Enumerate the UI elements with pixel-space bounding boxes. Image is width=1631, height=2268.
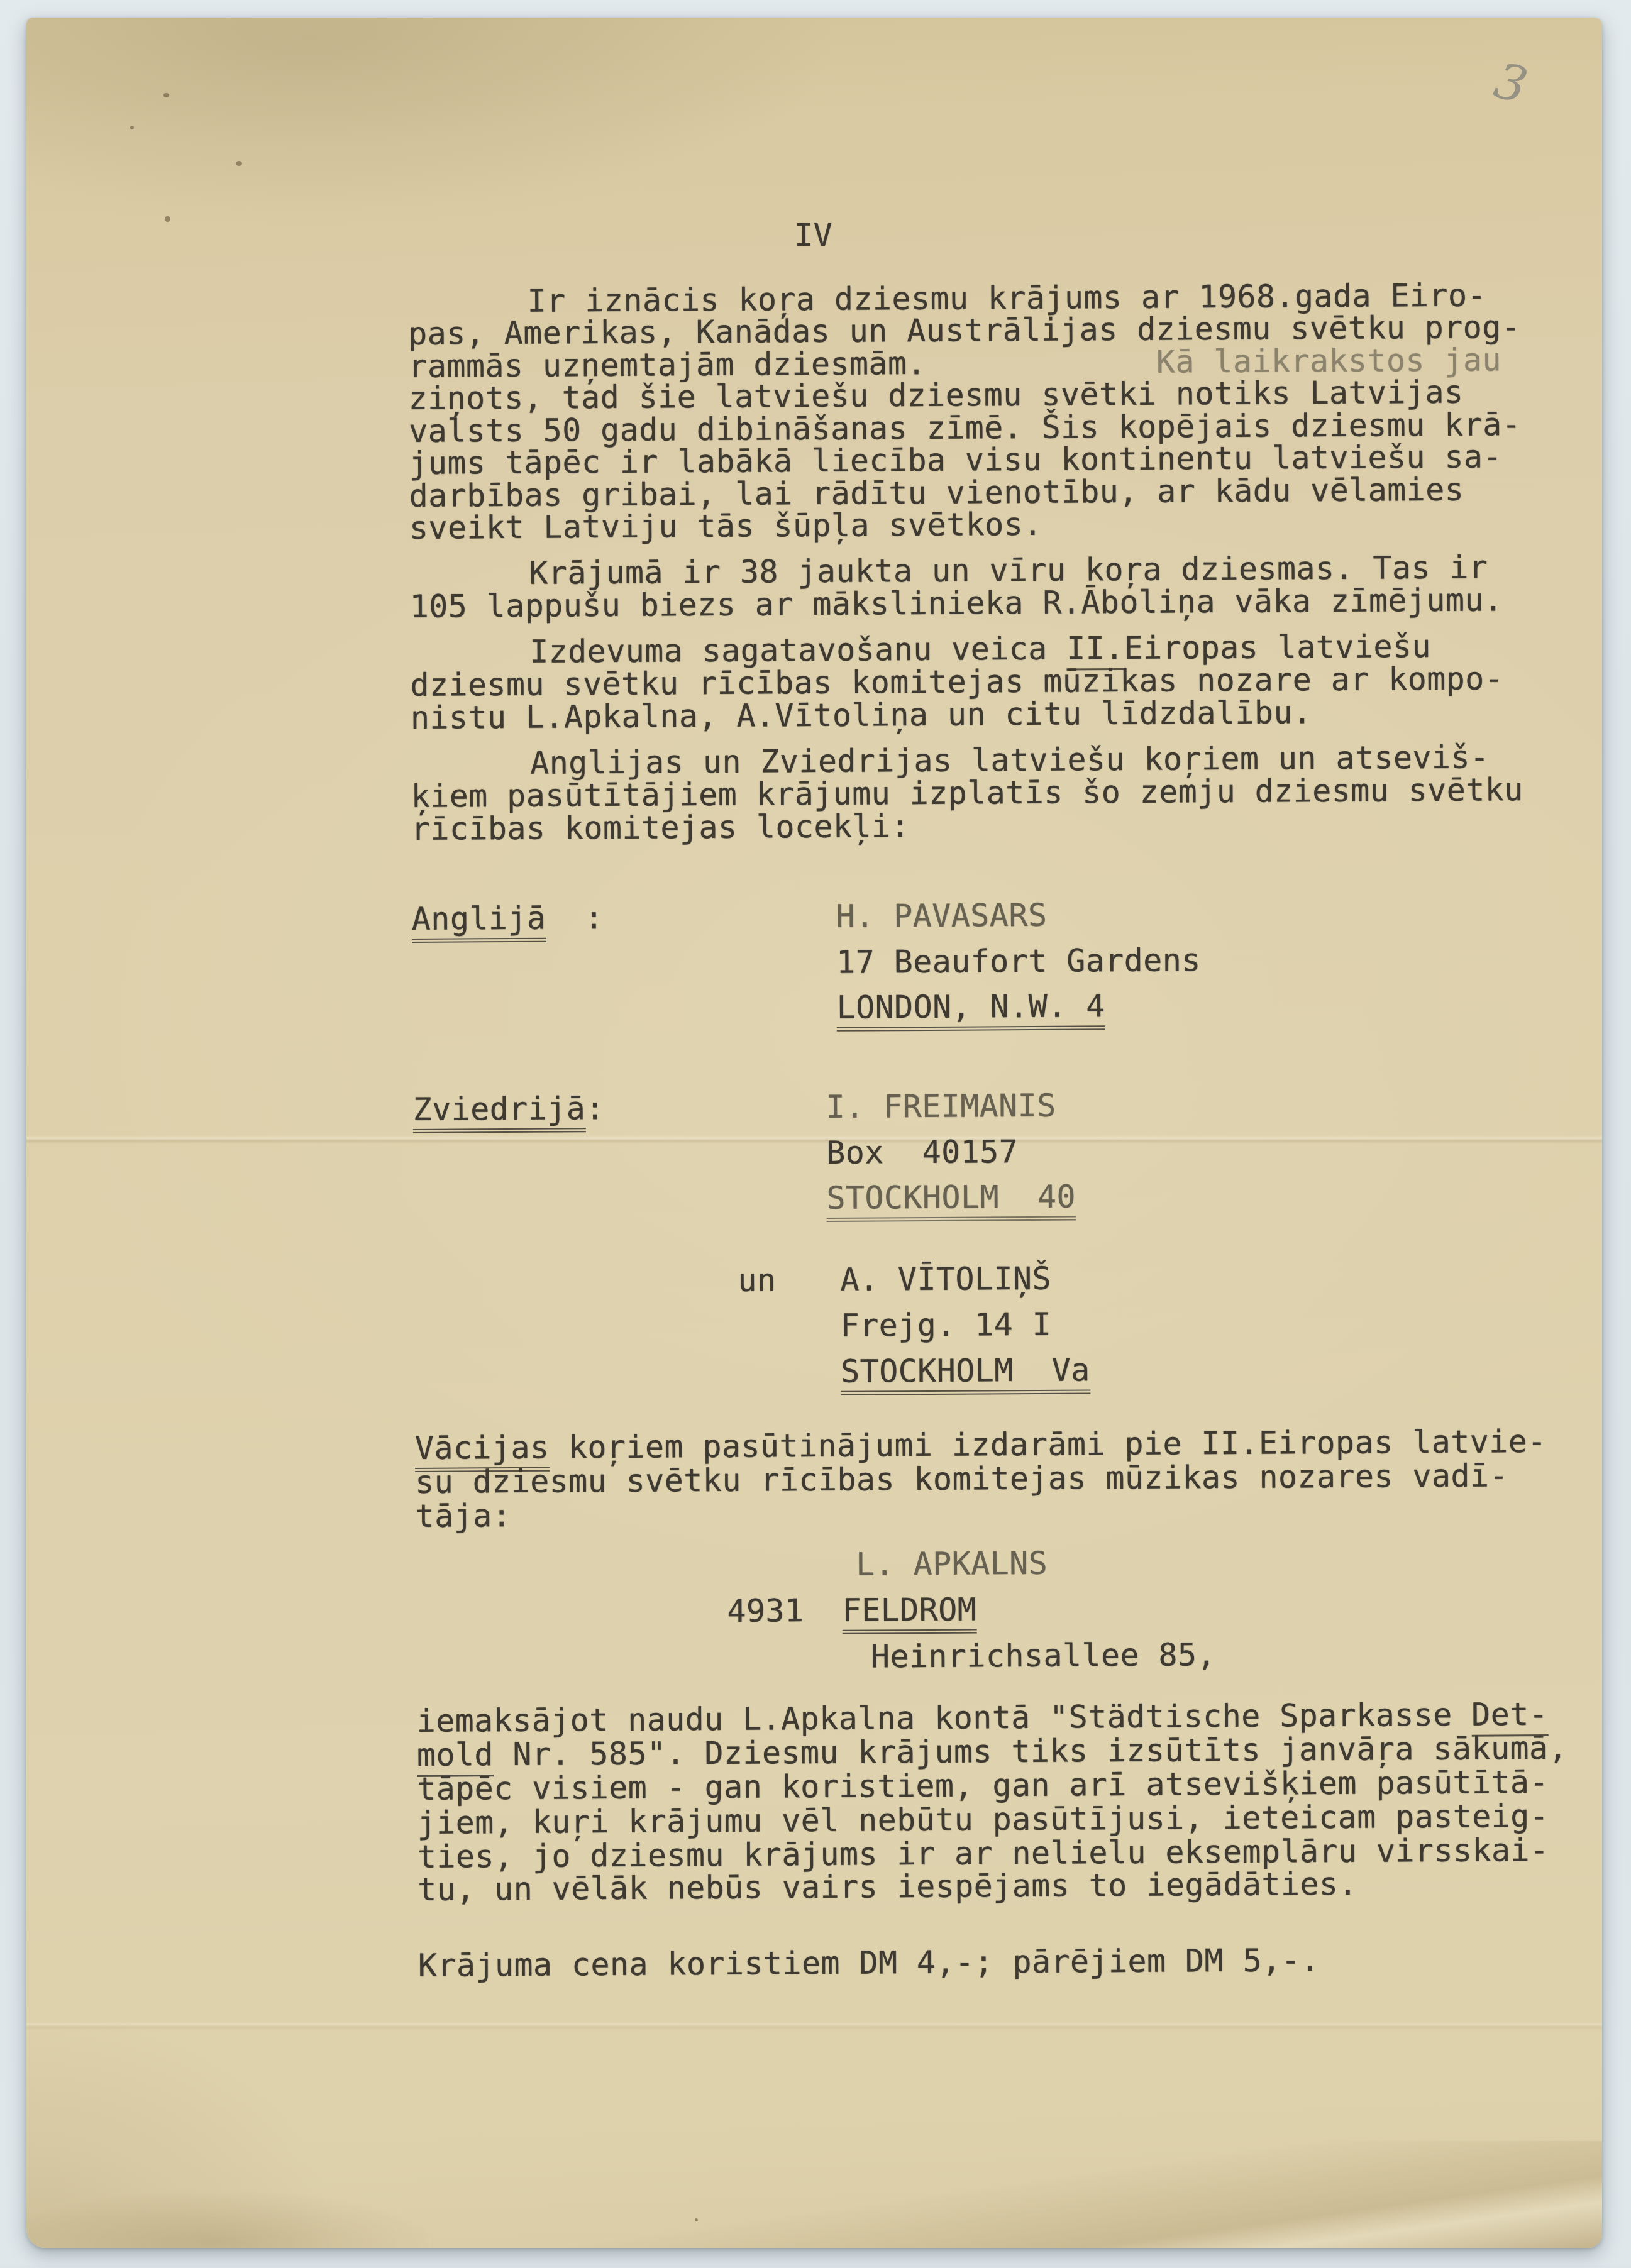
spacer [804, 1592, 842, 1629]
typed-line: tu, un vēlāk nebūs vairs iespējams to ie… [417, 1868, 1357, 1906]
address-city: LONDON, N.W. 4 [836, 989, 1105, 1024]
address-street: Frejg. 14 I [841, 1308, 1052, 1342]
typed-line: nistu L.Apkalna, A.Vītoliņa un citu līdz… [411, 696, 1312, 734]
typed-line: rīcības komitejas locekļi: [411, 810, 910, 845]
address-street: 17 Beaufort Gardens [836, 944, 1201, 979]
country-label: Anglijā [412, 900, 546, 943]
typed-line: tāja: [415, 1499, 511, 1533]
address-town-line: 4931 FELDROM [727, 1594, 976, 1627]
typed-line: su dziesmu svētku rīcības komitejas mūzi… [415, 1459, 1508, 1499]
typed-line: 105 lappušu biezs ar mākslinieka R.Āboli… [410, 583, 1503, 623]
address-street: Box 40157 [826, 1135, 1018, 1169]
section-heading: IV [794, 219, 832, 251]
scanner-background: 3 IV Ir iznācis koŗa dziesmu krājums ar … [0, 0, 1631, 2265]
address-country-sweden: Zviedrijā: [412, 1092, 604, 1126]
label-separator: : [585, 1090, 605, 1126]
address-name: I. FREIMANIS [826, 1089, 1056, 1123]
city-underlined: LONDON, N.W. 4 [836, 988, 1105, 1032]
typed-line: dziesmu svētku rīcības komitejas mūzikas… [410, 662, 1503, 702]
address-conjunction: un [738, 1263, 776, 1296]
price-line: Krājuma cena koristiem DM 4,-; pārējiem … [418, 1944, 1320, 1982]
address-city: STOCKHOLM Va [841, 1353, 1090, 1387]
town-underlined: FELDROM [842, 1592, 976, 1634]
address-name: L. APKALNS [856, 1547, 1048, 1581]
city-underlined: STOCKHOLM 40 [826, 1179, 1076, 1222]
address-street: Heinrichsallee 85, [871, 1638, 1216, 1673]
country-label: Zviedrijā [412, 1090, 585, 1133]
label-separator: : [546, 900, 604, 937]
typed-line: ķiem pasūtītājiem krājumu izplatīs šo ze… [411, 773, 1523, 813]
typed-line: sveikt Latviju tās šūpļa svētkos. [409, 508, 1042, 544]
postcode: 4931 [727, 1592, 804, 1629]
address-name: H. PAVASARS [836, 899, 1048, 933]
address-city: STOCKHOLM 40 [826, 1181, 1076, 1214]
address-country-england: Anglijā : [412, 901, 604, 935]
typed-text-layer: IV Ir iznācis koŗa dziesmu krājums ar 19… [0, 0, 1631, 2265]
city-underlined: STOCKHOLM Va [841, 1351, 1090, 1395]
address-name: A. VĪTOLIŅŠ [840, 1262, 1051, 1296]
